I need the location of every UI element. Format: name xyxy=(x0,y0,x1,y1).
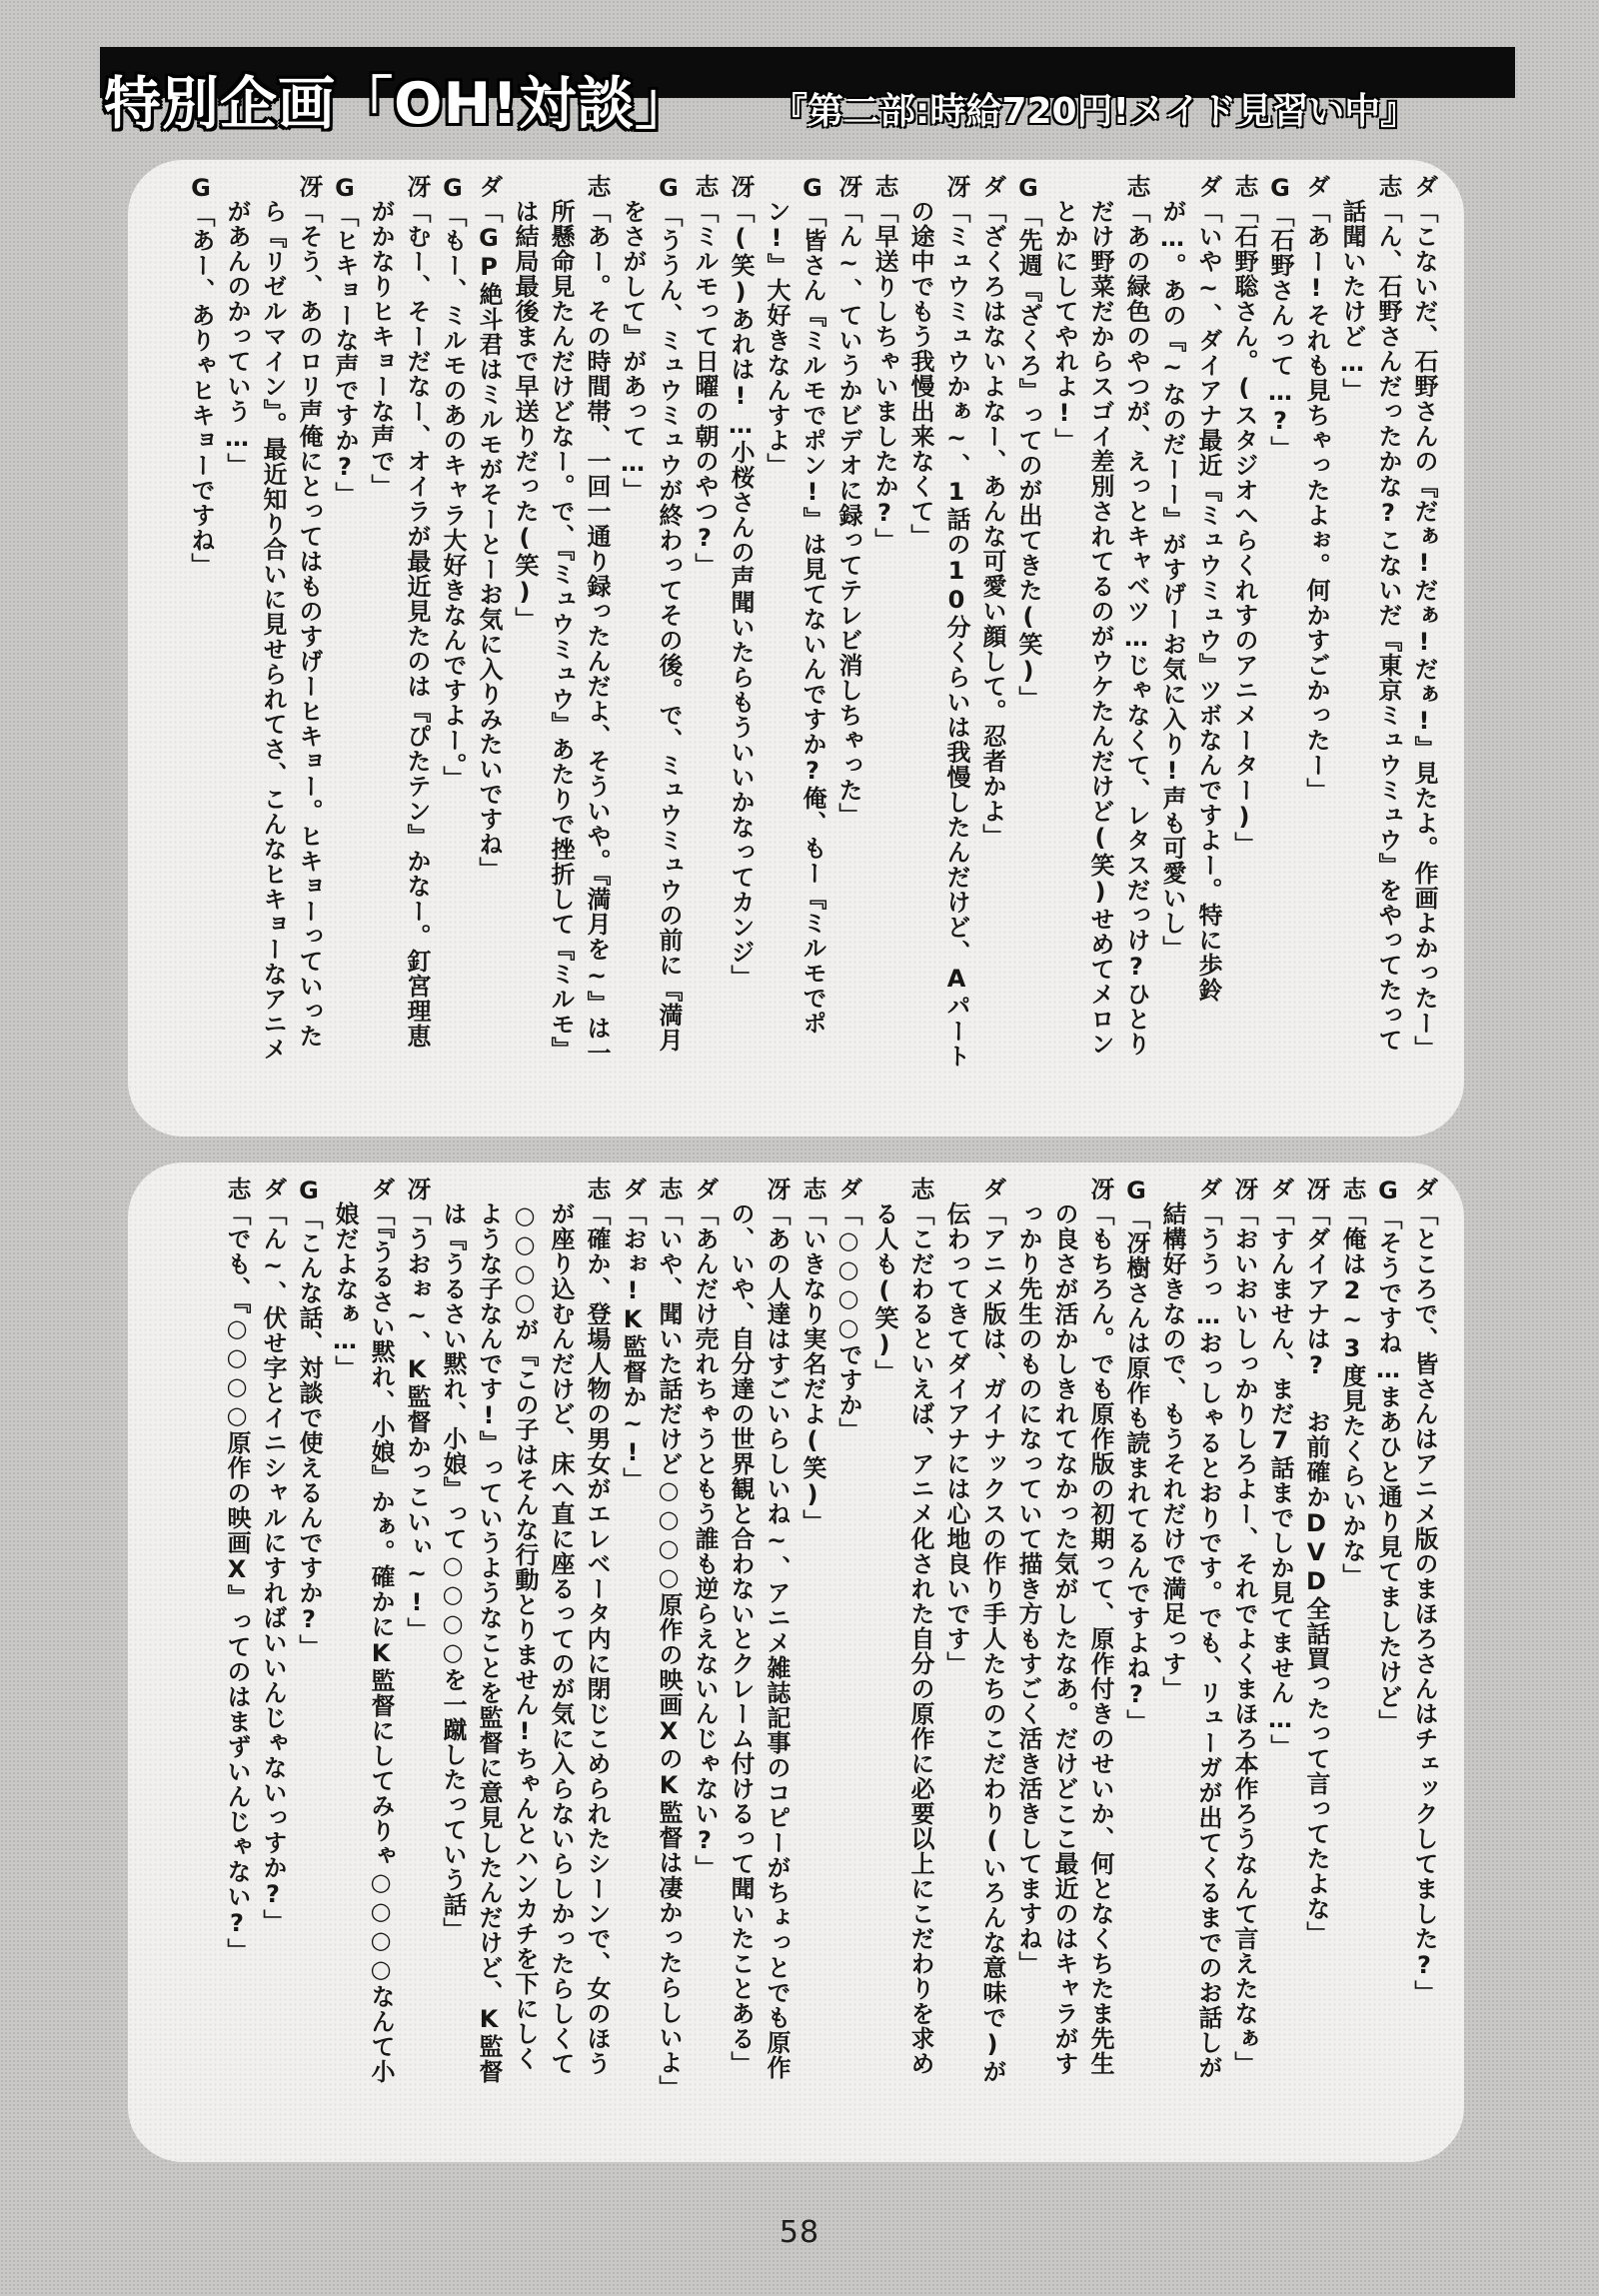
speech-list-2: ダ「ところで、皆さんはアニメ版のまほろさんはチェックしてました?」G「そうですね… xyxy=(128,1162,1464,2162)
page-number: 58 xyxy=(765,2215,834,2250)
page-title: 特別企画「OH!対談」 xyxy=(104,58,693,140)
dialogue-panel-1: ダ「こないだ、石野さんの『だぁ!だぁ!だぁ!』見たよ。作画よかったー」志「ん、石… xyxy=(128,160,1464,1137)
speech-line: G「先週『ざくろ』ってのが出てきた(笑)」 xyxy=(1010,174,1046,1069)
speech-line: 志「でも、『○○○○原作の映画X』ってのはまずいんじゃない?」 xyxy=(219,1176,255,2094)
speech-line: 冴「ダイアナは? お前確かDVD全話買ったって言ってたよな」 xyxy=(1298,1176,1334,2094)
speech-line: G「もー、ミルモのあのキャラ大好きなんですよー。」 xyxy=(435,174,471,1069)
speech-line: 志「いや、聞いた話だけど○○○○原作の映画XのK監督は凄かったらしいよ」 xyxy=(651,1176,687,2094)
speech-line: 冴「(笑)あれは!…小桜さんの声聞いたらもういいかなってカンジ」 xyxy=(723,174,759,1069)
speech-line: 志「石野聡さん。(スタジオへらくれすのアニメーター)」 xyxy=(1226,174,1262,1069)
speech-line: G「あー、ありゃヒキョーですね」 xyxy=(183,174,219,1069)
dialogue-panel-2: ダ「ところで、皆さんはアニメ版のまほろさんはチェックしてました?」G「そうですね… xyxy=(128,1162,1464,2162)
speech-line: G「ううん、ミュウミュウが終わってその後。で、ミュウミュウの前に『満月をさがして… xyxy=(615,174,687,1069)
speech-line: ダ「ところで、皆さんはアニメ版のまほろさんはチェックしてました?」 xyxy=(1406,1176,1442,2094)
speech-line: 志「ん、石野さんだったかな?こないだ『東京ミュウミュウ』をやってたって話聞いたけ… xyxy=(1334,174,1406,1069)
speech-line: 志「いきなり実名だよ(笑)」 xyxy=(795,1176,830,2094)
speech-line: 志「あー。その時間帯、一回一通り録ったんだよ、そういや。『満月を~』は一所懸命見… xyxy=(507,174,615,1069)
speech-line: ダ「あー!それも見ちゃったよぉ。何かすごかったー」 xyxy=(1298,174,1334,1069)
speech-line: ダ「すんません、まだ7話までしか見てません…」 xyxy=(1262,1176,1298,2094)
speech-line: 冴「あの人達はすごいらしいね~、アニメ雑誌記事のコピーがちょっとでも原作の、いや… xyxy=(723,1176,795,2094)
speech-line: G「そうですね…まあひと通り見てましたけど」 xyxy=(1370,1176,1406,2094)
speech-line: ダ「おぉ!K監督か~!」 xyxy=(615,1176,651,2094)
speech-line: 志「俺は2~3度見たくらいかな」 xyxy=(1334,1176,1370,2094)
speech-line: ダ「○○○○ですか」 xyxy=(830,1176,866,2094)
speech-line: ダ「ざくろはないよなー、あんな可愛い顔して。忍者かよ」 xyxy=(974,174,1010,1069)
speech-line: ダ「GP絶斗君はミルモがそーとーお気に入りみたいですね」 xyxy=(471,174,507,1069)
speech-line: ダ「アニメ版は、ガイナックスの作り手人たちのこだわり(いろんな意味で)が伝わって… xyxy=(938,1176,1010,2094)
speech-line: ダ「『うるさい黙れ、小娘』かぁ。確かにK監督にしてみりゃ○○○○なんて小娘だよな… xyxy=(327,1176,399,2094)
speech-line: ダ「ん~、伏せ字とイニシャルにすればいいんじゃないっすか?」 xyxy=(255,1176,291,2094)
speech-line: 志「ミルモって日曜の朝のやつ?」 xyxy=(687,174,723,1069)
speech-line: ダ「こないだ、石野さんの『だぁ!だぁ!だぁ!』見たよ。作画よかったー」 xyxy=(1406,174,1442,1069)
speech-list-1: ダ「こないだ、石野さんの『だぁ!だぁ!だぁ!』見たよ。作画よかったー」志「ん、石… xyxy=(128,160,1464,1137)
speech-line: 冴「うおぉ~、K監督かっこいぃ~!」 xyxy=(399,1176,435,2094)
speech-line: G「ヒキョーな声ですか?」 xyxy=(327,174,363,1069)
speech-line: G「冴樹さんは原作も読まれてるんですよね?」 xyxy=(1118,1176,1154,2094)
speech-line: 冴「ミュウミュウかぁ~、1話の10分くらいは我慢したんだけど、Aパートの途中でも… xyxy=(902,174,974,1069)
speech-line: 志「確か、登場人物の男女がエレベータ内に閉じこめられたシーンで、女のほうが座り込… xyxy=(435,1176,615,2094)
speech-line: 冴「ん~、ていうかビデオに録ってテレビ消しちゃった」 xyxy=(830,174,866,1069)
speech-line: 冴「もちろん。でも原作版の初期って、原作付きのせいか、何となくちたま先生の良さが… xyxy=(1010,1176,1118,2094)
speech-line: G「こんな話、対談で使えるんですか?」 xyxy=(291,1176,327,2094)
speech-line: ダ「ううっ…おっしゃるとおりです。でも、リューガが出てくるまでのお話しが結構好き… xyxy=(1154,1176,1226,2094)
page-subtitle: 『第二部:時給720円!メイド見習い中』 xyxy=(772,83,1416,134)
speech-line: 冴「そう、あのロリ声俺にとってはものすげーヒキョー。ヒキョーっていったら『リゼル… xyxy=(219,174,327,1069)
speech-line: 冴「おいおいしっかりしろよー、それでよくまほろ本作ろうなんて言えたなぁ」 xyxy=(1226,1176,1262,2094)
speech-line: 志「早送りしちゃいましたか?」 xyxy=(866,174,902,1069)
speech-line: 志「こだわるといえば、アニメ化された自分の原作に必要以上にこだわりを求める人も(… xyxy=(866,1176,938,2094)
speech-line: ダ「あんだけ売れちゃうともう誰も逆らえないんじゃない?」 xyxy=(687,1176,723,2094)
speech-line: 冴「むー、そーだなー、オイラが最近見たのは『ぴたテン』かなー。釘宮理恵がかなりヒ… xyxy=(363,174,435,1069)
speech-line: ダ「いや~、ダイアナ最近『ミュウミュウ』ツボなんですよー。特に歩鈴が…。あの『~… xyxy=(1154,174,1226,1069)
speech-line: G「皆さん『ミルモでポン!』は見てないんですか?俺、もー『ミルモでポン!』大好き… xyxy=(759,174,830,1069)
speech-line: G「石野さんって…?」 xyxy=(1262,174,1298,1069)
speech-line: 志「あの緑色のやつが、えっとキャベツ…じゃなくて、レタスだっけ?ひとりだけ野菜だ… xyxy=(1046,174,1154,1069)
